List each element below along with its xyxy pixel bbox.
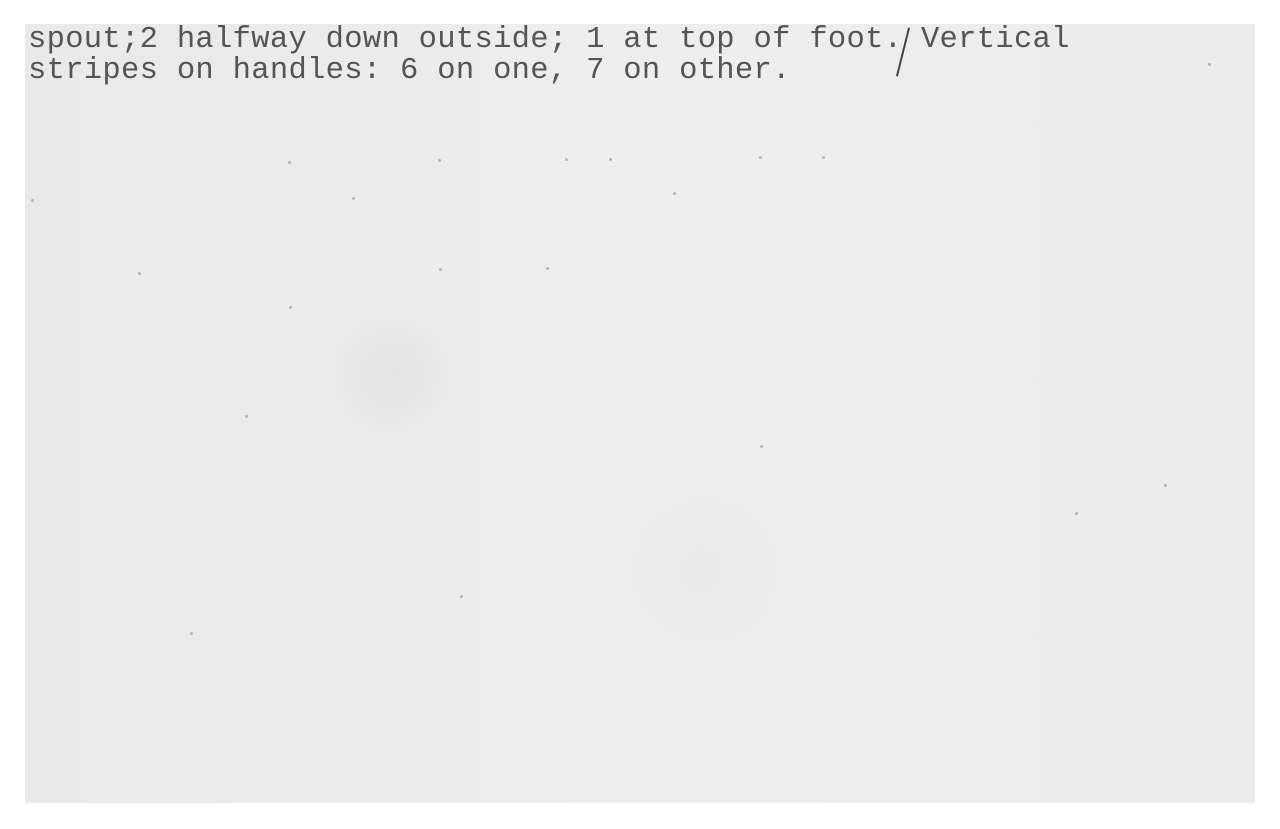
typed-text-line: stripes on handles: 6 on one, 7 on other… — [28, 56, 791, 87]
typed-text-line: spout;2 halfway down outside; 1 at top o… — [28, 25, 1070, 56]
paper-speck — [760, 445, 763, 448]
paper-speck — [1075, 512, 1078, 515]
typed-page: spout;2 halfway down outside; 1 at top o… — [25, 24, 1255, 803]
paper-speck — [439, 268, 442, 271]
paper-speck — [565, 158, 568, 161]
paper-speck — [759, 156, 762, 159]
paper-speck — [822, 156, 825, 159]
paper-speck — [138, 272, 141, 275]
paper-speck — [289, 306, 292, 309]
paper-speck — [609, 158, 612, 161]
paper-speck — [673, 192, 676, 195]
paper-speck — [1164, 484, 1167, 487]
paper-speck — [245, 415, 248, 418]
paper-speck — [546, 267, 549, 270]
paper-speck — [460, 595, 463, 598]
paper-speck — [31, 199, 34, 202]
paper-speck — [288, 161, 291, 164]
paper-speck — [352, 197, 355, 200]
paper-speck — [1208, 63, 1211, 66]
paper-speck — [438, 159, 441, 162]
paper-speck — [190, 632, 193, 635]
